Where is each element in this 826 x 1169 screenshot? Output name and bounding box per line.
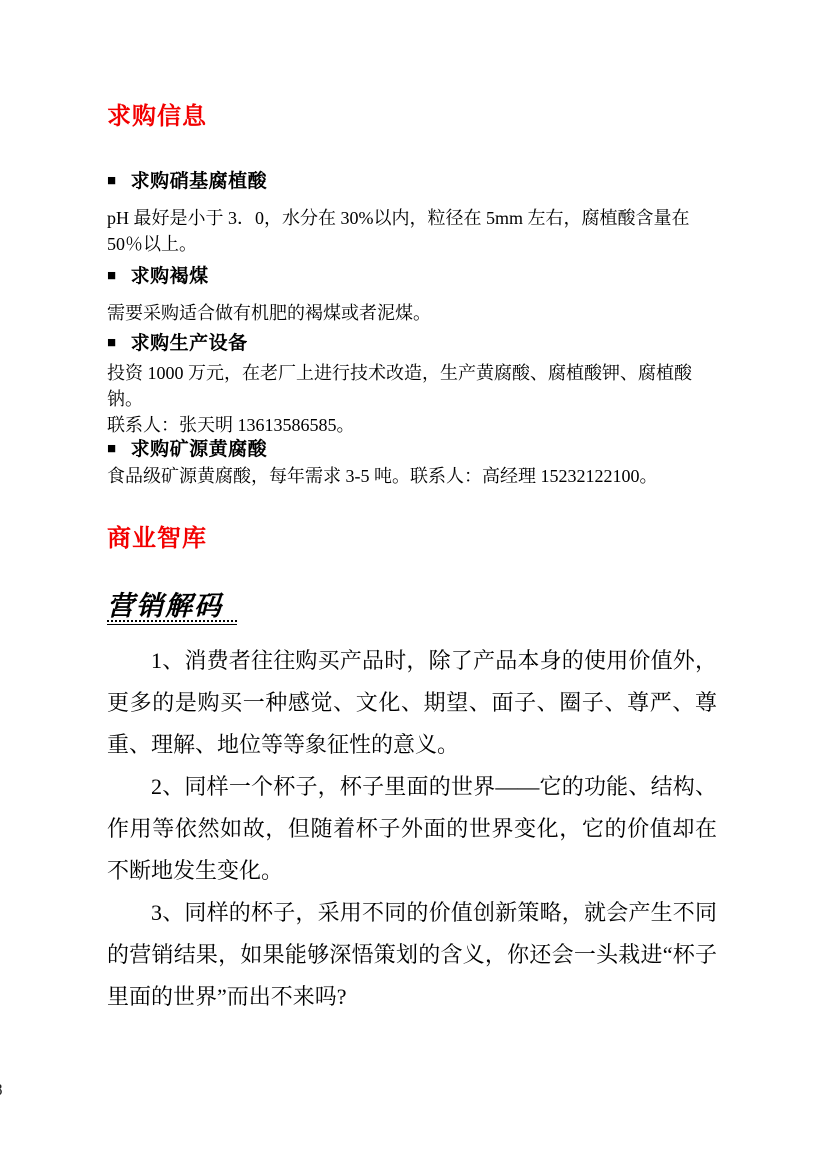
purchase-item-title: ■求购硝基腐植酸 [107,170,717,195]
purchase-item-body-line: 需要采购适合做有机肥的褐煤或者泥煤。 [107,300,717,326]
section-heading-think-tank: 商业智库 [107,525,717,553]
paragraph-3: 3、同样的杯子，采用不同的价值创新策略，就会产生不同的营销结果，如果能够深悟策划… [107,892,717,1018]
document-page: 求购信息 ■求购硝基腐植酸 pH 最好是小于 3．0，水分在 30%以内，粒径在… [0,0,826,1169]
purchase-item-title-text: 求购生产设备 [131,333,248,354]
purchase-item-body: 需要采购适合做有机肥的褐煤或者泥煤。 [107,300,717,326]
purchase-item-title: ■求购生产设备 [107,332,717,357]
purchase-item-title: ■求购褐煤 [107,265,717,290]
square-bullet-icon: ■ [107,441,117,457]
square-bullet-icon: ■ [107,173,117,189]
subheading-wrap: 营销解码 [107,590,717,625]
purchase-item-body-line: 投资 1000 万元，在老厂上进行技术改造，生产黄腐酸、腐植酸钾、腐植酸钠。 [107,360,717,412]
purchase-item-body: pH 最好是小于 3．0，水分在 30%以内，粒径在 5mm 左右，腐植酸含量在… [107,205,717,257]
purchase-item-title: ■求购矿源黄腐酸 [107,438,717,463]
section-heading-purchase-info: 求购信息 [107,103,717,131]
purchase-item-title-text: 求购褐煤 [131,266,209,287]
think-tank-paragraphs: 1、消费者往往购买产品时，除了产品本身的使用价值外，更多的是购买一种感觉、文化、… [107,640,717,1018]
purchase-item-body-line: 食品级矿源黄腐酸，每年需求 3-5 吨。联系人：高经理 15232122100。 [107,463,717,489]
purchase-item-body-line: 联系人：张天明 13613586585。 [107,412,717,438]
purchase-item-title-text: 求购硝基腐植酸 [131,171,268,192]
page-content: 求购信息 ■求购硝基腐植酸 pH 最好是小于 3．0，水分在 30%以内，粒径在… [107,0,717,1018]
square-bullet-icon: ■ [107,268,117,284]
purchase-item-body: 食品级矿源黄腐酸，每年需求 3-5 吨。联系人：高经理 15232122100。 [107,463,717,489]
page-number: 8 [0,1080,3,1100]
square-bullet-icon: ■ [107,335,117,351]
purchase-item-body-line: pH 最好是小于 3．0，水分在 30%以内，粒径在 5mm 左右，腐植酸含量在… [107,205,717,257]
paragraph-2: 2、同样一个杯子，杯子里面的世界——它的功能、结构、作用等依然如故，但随着杯子外… [107,766,717,892]
paragraph-1: 1、消费者往往购买产品时，除了产品本身的使用价值外，更多的是购买一种感觉、文化、… [107,640,717,766]
purchase-item-body: 投资 1000 万元，在老厂上进行技术改造，生产黄腐酸、腐植酸钾、腐植酸钠。 联… [107,360,717,438]
purchase-item-title-text: 求购矿源黄腐酸 [131,439,268,460]
subheading-marketing-decode: 营销解码 [107,590,237,625]
